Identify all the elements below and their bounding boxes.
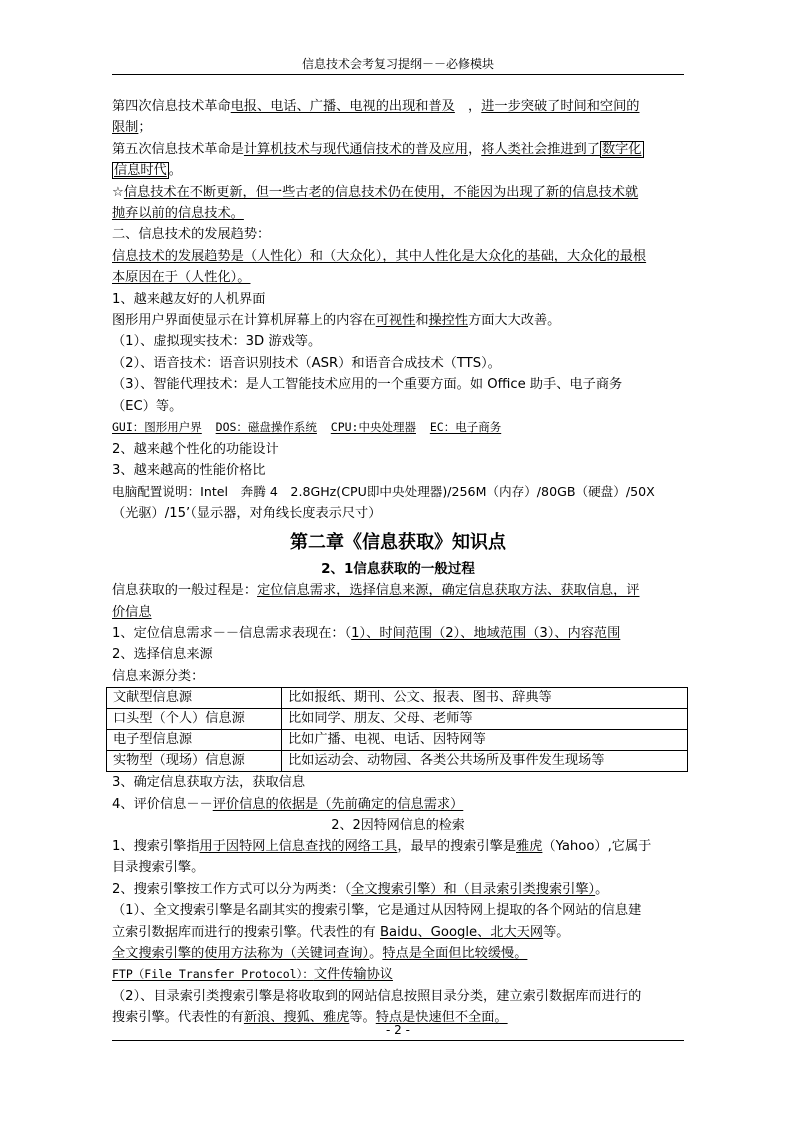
page-footer: - 2 - [112, 1020, 684, 1041]
paragraph-line: 立索引数据库而进行的搜索引擎。代表性的有 Baidu、Google、北大天网等。 [112, 922, 684, 943]
underlined-text: FTP（File Transfer Protocol）： [112, 967, 314, 981]
abbr-cpu: CPU:中央处理器 [331, 420, 416, 434]
paragraph-line: 抛弃以前的信息技术。 [112, 203, 684, 224]
table-cell: 口头型（个人）信息源 [107, 709, 282, 730]
abbr-dos: DOS：磁盘操作系统 [216, 420, 317, 434]
heading-trends: 二、信息技术的发展趋势： [112, 224, 684, 245]
text: 1、定位信息需求－－信息需求表现在：（ [112, 626, 351, 641]
boxed-text: 数字化 [600, 141, 644, 158]
text: 第五次信息技术革命是 [112, 142, 244, 157]
abbr-ec: EC：电子商务 [430, 420, 501, 434]
underlined-text: 可视性 [376, 313, 416, 328]
underlined-text: 用于因特网上信息查找的网络工具 [200, 839, 398, 854]
ftp-definition: FTP（File Transfer Protocol）：文件传输协议 [112, 964, 684, 985]
pc-config-line: （光驱）/15’（显示器，对角线长度表示尺寸） [112, 503, 684, 524]
text: ， [455, 99, 481, 114]
paragraph-fifth-revolution: 第五次信息技术革命是计算机技术与现代通信技术的普及应用，将人类社会推进到了数字化 [112, 139, 684, 160]
abbreviations: GUI：图形用户界 DOS：磁盘操作系统 CPU:中央处理器 EC：电子商务 [112, 417, 684, 438]
table-row: 实物型（现场）信息源 比如运动会、动物园、各类公共场所及事件发生现场等 [107, 751, 688, 772]
paragraph-line: 信息时代。 [112, 160, 684, 181]
underlined-text: 雅虎 [516, 839, 542, 854]
text: 立索引数据库而进行的搜索引擎。代表性的有 [112, 925, 380, 940]
table-row: 口头型（个人）信息源 比如同学、朋友、父母、老师等 [107, 709, 688, 730]
text: 4、评价信息－－ [112, 797, 213, 812]
underlined-text: 计算机技术与现代通信技术的普及应用 [244, 142, 468, 157]
underlined-text: Baidu、Google、北大天网 [380, 925, 543, 940]
list-item: 1、搜索引擎指用于因特网上信息查找的网络工具，最早的搜索引擎是雅虎（Yahoo）… [112, 836, 684, 857]
underlined-text: 全文搜索引擎）和（目录索引类搜索引擎） [351, 882, 595, 897]
text: ，最早的搜索引擎是 [397, 839, 516, 854]
list-item: （3）、智能代理技术：是人工智能技术应用的一个重要方面。如 Office 助手、… [112, 374, 684, 395]
table-cell: 比如同学、朋友、父母、老师等 [282, 709, 688, 730]
list-item: （2）、目录索引类搜索引擎是将收取到的网站信息按照目录分类，建立索引数据库而进行… [112, 986, 684, 1007]
list-item: 4、评价信息－－评价信息的依据是（先前确定的信息需求） [112, 794, 684, 815]
paragraph-line: 全文搜索引擎的使用方法称为（关键词查询）。特点是全面但比较缓慢。 [112, 943, 684, 964]
text: 信息获取的一般过程是： [112, 583, 257, 598]
list-item: （2）、语音技术：语音识别技术（ASR）和语音合成技术（TTS）。 [112, 353, 684, 374]
text: 。 [169, 163, 182, 178]
list-item: 2、越来越个性化的功能设计 [112, 439, 684, 460]
section-title: 2、1信息获取的一般过程 [112, 558, 684, 580]
underlined-text: 电报、电话、广播、电视的出现和普及 [231, 99, 455, 114]
underlined-text: 1）、时间范围（2）、地域范围（3）、内容范围 [351, 626, 620, 641]
list-item-continued: （EC）等。 [112, 396, 684, 417]
underlined-text: 信息技术的发展趋势是（人性化）和（大众化），其中人性化是大众化的基础，大众化的最… [112, 249, 646, 264]
table-row: 电子型信息源 比如广播、电视、电话、因特网等 [107, 730, 688, 751]
text: ； [138, 120, 151, 135]
list-item: 3、确定信息获取方法，获取信息 [112, 772, 684, 793]
list-item: 2、搜索引擎按工作方式可以分为两类：（全文搜索引擎）和（目录索引类搜索引擎）。 [112, 879, 684, 900]
table-caption: 信息来源分类： [112, 666, 684, 687]
paragraph-star-note: ☆信息技术在不断更新，但一些古老的信息技术仍在使用，不能因为出现了新的信息技术就 [112, 182, 684, 203]
underlined-text: 操控性 [429, 313, 469, 328]
text: 等。 [543, 925, 569, 940]
text: 图形用户界面使显示在计算机屏幕上的内容在 [112, 313, 376, 328]
section-title: 2、2因特网信息的检索 [112, 815, 684, 836]
text: ， [468, 142, 481, 157]
info-source-table: 文献型信息源 比如报纸、期刊、公文、报表、图书、辞典等 口头型（个人）信息源 比… [106, 687, 688, 772]
abbr-gui: GUI：图形用户界 [112, 420, 202, 434]
page-number: - 2 - [386, 1023, 410, 1037]
paragraph-line: 限制； [112, 117, 684, 138]
text: 和 [415, 313, 428, 328]
underlined-text: 信息技术在不断更新，但一些古老的信息技术仍在使用，不能因为出现了新的信息技术就 [124, 185, 638, 200]
header-title: 信息技术会考复习提纲－－必修模块 [302, 57, 494, 71]
paragraph-fourth-revolution: 第四次信息技术革命电报、电话、广播、电视的出现和普及 ，进一步突破了时间和空间的 [112, 96, 684, 117]
underlined-text: 评价信息的依据是（先前确定的信息需求） [213, 797, 464, 812]
underlined-text: 抛弃以前的信息技术。 [112, 206, 244, 221]
underlined-text: 文件传输协议 [314, 967, 393, 982]
list-item: 3、越来越高的性能价格比 [112, 460, 684, 481]
table-row: 文献型信息源 比如报纸、期刊、公文、报表、图书、辞典等 [107, 688, 688, 709]
paragraph-line: 本原因在于（人性化）。 [112, 267, 684, 288]
page-header: 信息技术会考复习提纲－－必修模块 [112, 54, 684, 75]
document-body: 第四次信息技术革命电报、电话、广播、电视的出现和普及 ，进一步突破了时间和空间的… [112, 96, 684, 1029]
list-item: （1）、全文搜索引擎是名副其实的搜索引擎，它是通过从因特网上提取的各个网站的信息… [112, 900, 684, 921]
chapter-title: 第二章《信息获取》知识点 [112, 528, 684, 558]
boxed-text: 信息时代 [112, 162, 169, 179]
paragraph-line: 目录搜索引擎。 [112, 857, 684, 878]
underlined-text: 将人类社会推进到了 [481, 142, 600, 157]
table-cell: 比如报纸、期刊、公文、报表、图书、辞典等 [282, 688, 688, 709]
text: 。 [369, 946, 382, 961]
star-icon: ☆ [112, 185, 124, 200]
paragraph-trends: 信息技术的发展趋势是（人性化）和（大众化），其中人性化是大众化的基础，大众化的最… [112, 246, 684, 267]
table-cell: 比如运动会、动物园、各类公共场所及事件发生现场等 [282, 751, 688, 772]
text: 方面大大改善。 [468, 313, 560, 328]
table-cell: 比如广播、电视、电话、因特网等 [282, 730, 688, 751]
underlined-text: 本原因在于（人性化）。 [112, 270, 250, 285]
text: 。 [595, 882, 608, 897]
underlined-text: 定位信息需求，选择信息来源，确定信息获取方法、获取信息，评 [257, 583, 639, 598]
table-cell: 电子型信息源 [107, 730, 282, 751]
text: 1、搜索引擎指 [112, 839, 200, 854]
underlined-text: 特点是全面但比较缓慢。 [382, 946, 527, 961]
table-cell: 文献型信息源 [107, 688, 282, 709]
table-cell: 实物型（现场）信息源 [107, 751, 282, 772]
underlined-text: 限制 [112, 120, 138, 135]
pc-config-line: 电脑配置说明：Intel 奔腾 4 2.8GHz(CPU即中央处理器)/256M… [112, 481, 684, 502]
list-item: （1）、虚拟现实技术：3D 游戏等。 [112, 331, 684, 352]
paragraph-gui: 图形用户界面使显示在计算机屏幕上的内容在可视性和操控性方面大大改善。 [112, 310, 684, 331]
paragraph-line: 价信息 [112, 602, 684, 623]
text: （Yahoo）,它属于 [542, 839, 651, 854]
paragraph-process: 信息获取的一般过程是：定位信息需求，选择信息来源，确定信息获取方法、获取信息，评 [112, 580, 684, 601]
list-item: 1、定位信息需求－－信息需求表现在：（1）、时间范围（2）、地域范围（3）、内容… [112, 623, 684, 644]
underlined-text: 进一步突破了时间和空间的 [481, 99, 639, 114]
underlined-text: 关键词查询） [297, 946, 370, 961]
text: 第四次信息技术革命 [112, 99, 231, 114]
list-item: 2、选择信息来源 [112, 644, 684, 665]
underlined-text: 全文搜索引擎的使用方法称为（ [112, 946, 297, 961]
list-item: 1、越来越友好的人机界面 [112, 289, 684, 310]
text: 2、搜索引擎按工作方式可以分为两类：（ [112, 882, 351, 897]
underlined-text: 价信息 [112, 605, 152, 620]
